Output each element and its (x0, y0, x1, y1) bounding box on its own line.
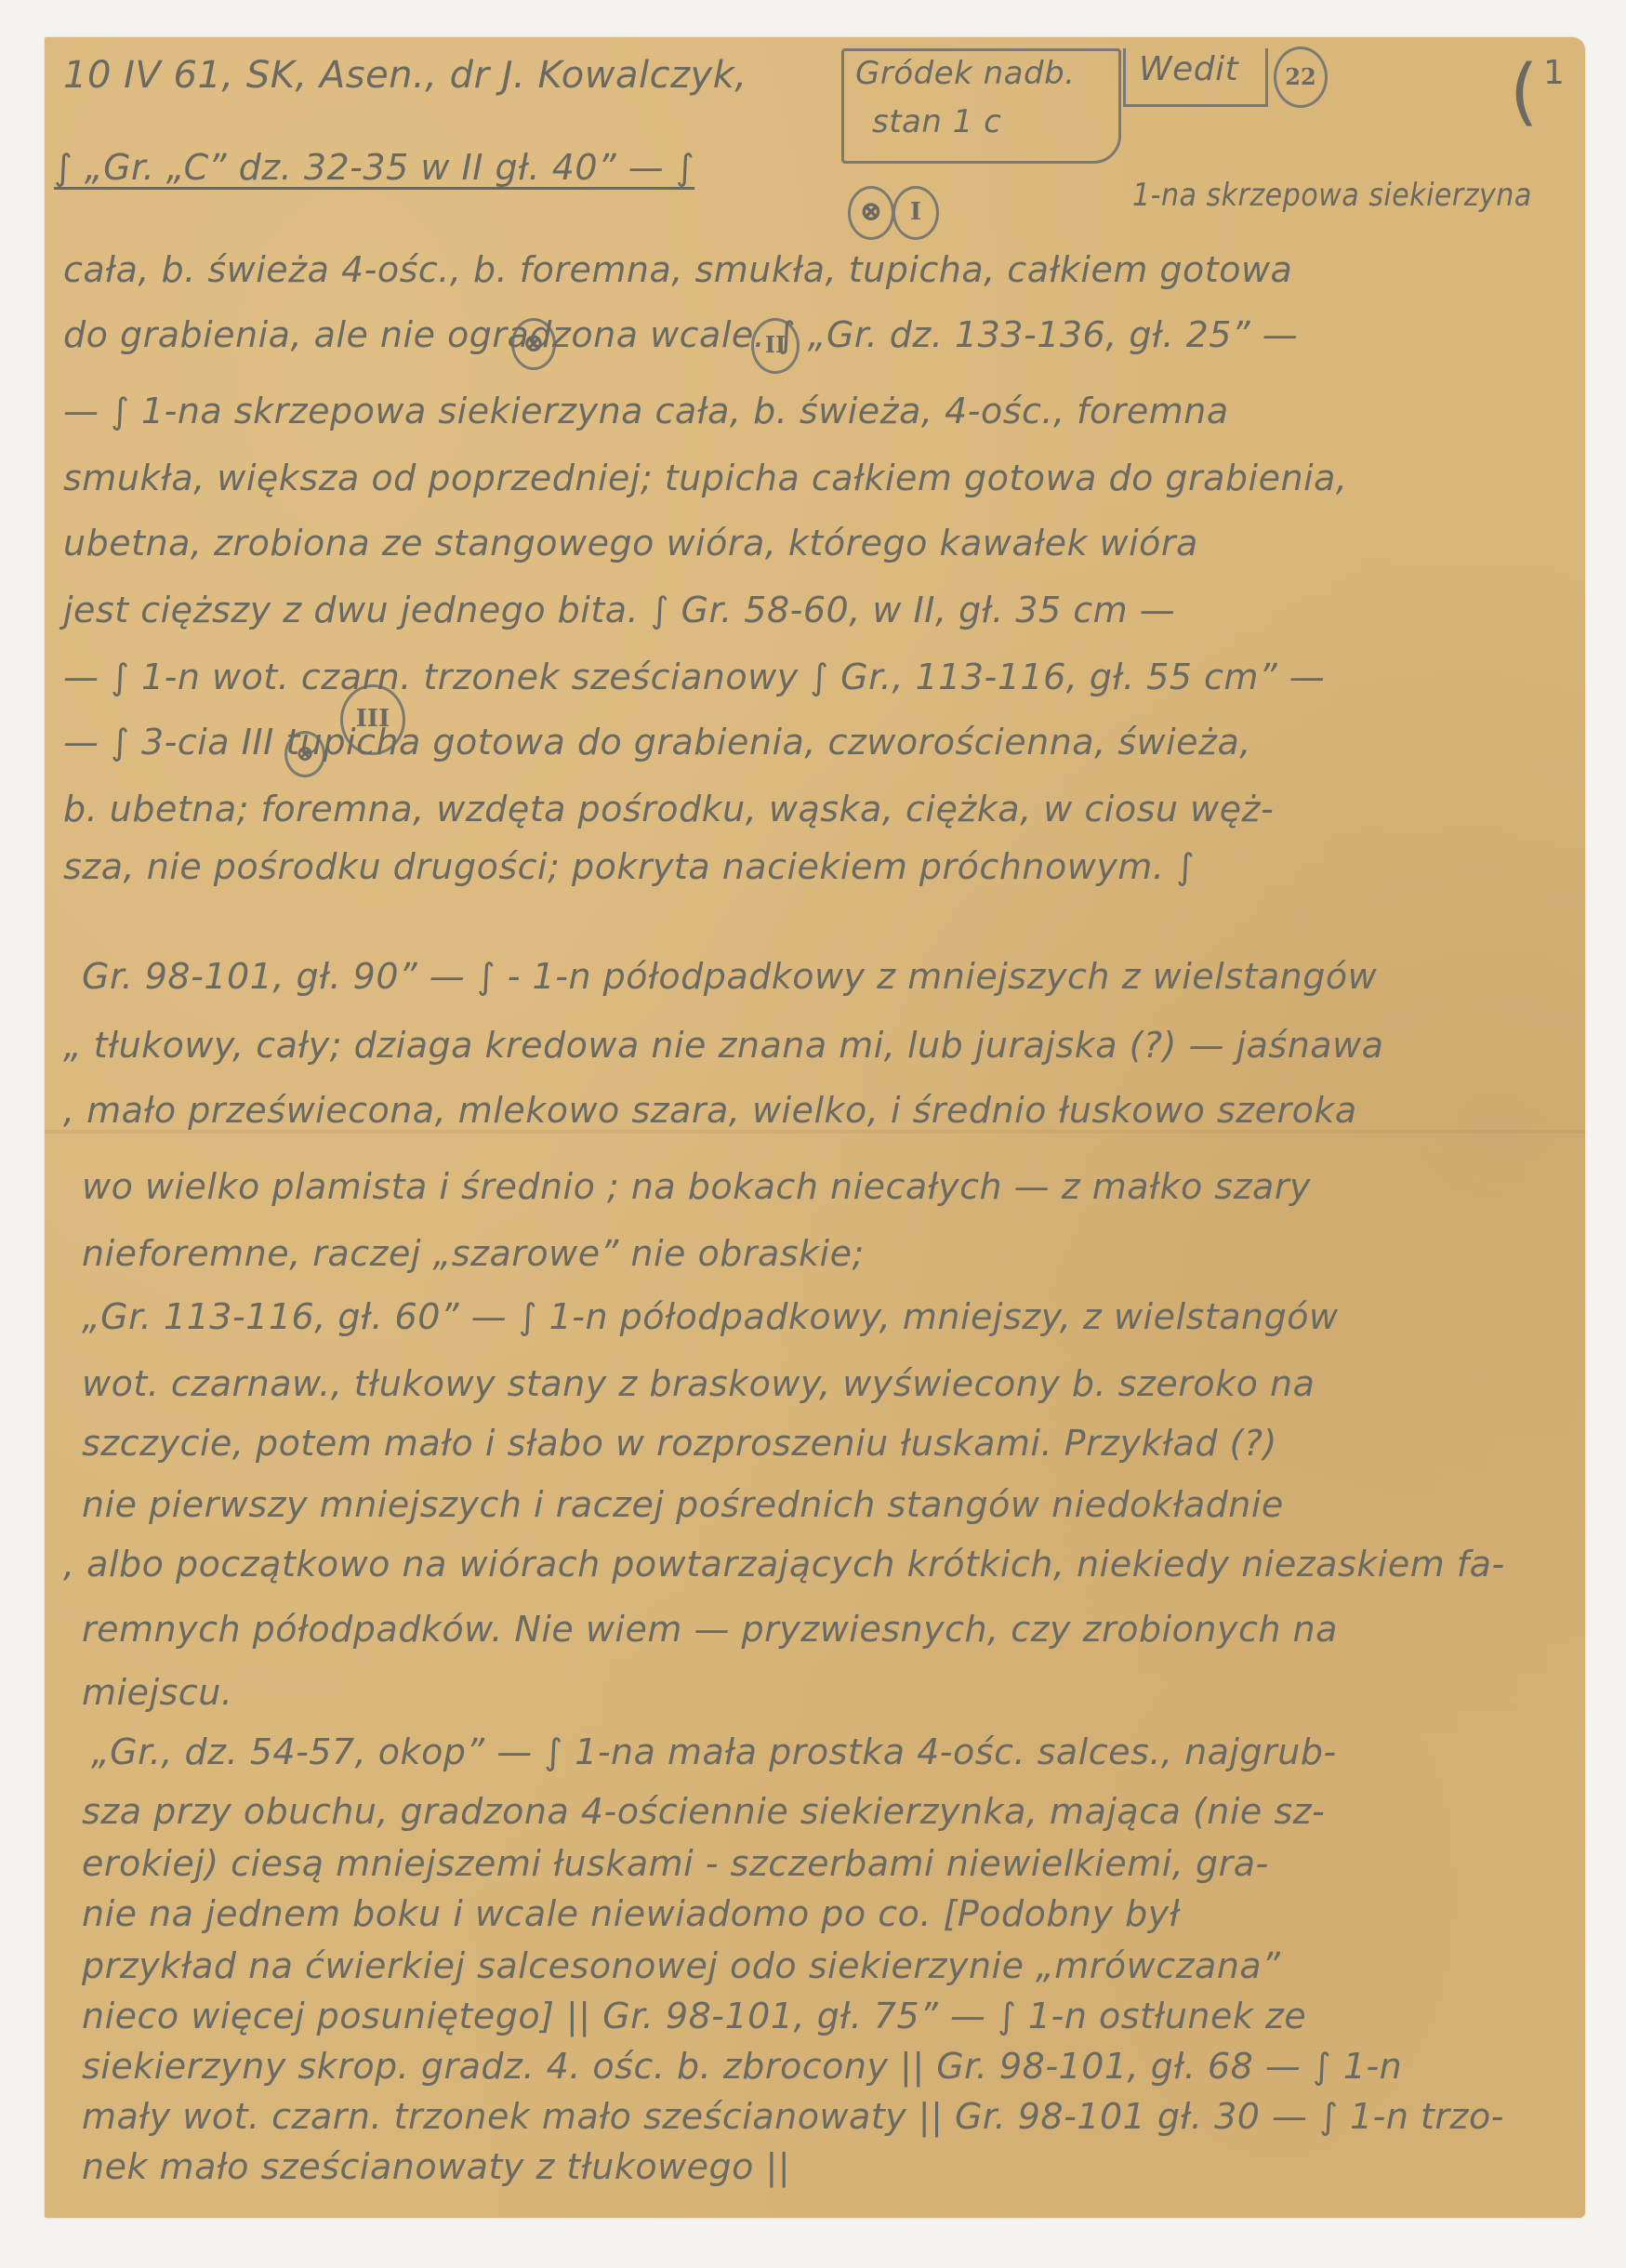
text-line: nieforemne, raczej „szarowe” nie obraski… (82, 1233, 865, 1274)
site-box: Gródek nadb. stan 1 c (841, 48, 1121, 164)
header-date-people: 10 IV 61, SK, Asen., dr J. Kowalczyk, (63, 54, 747, 97)
text-line: „ tłukowy, cały; dziaga kredowa nie znan… (63, 1025, 1383, 1066)
text-line: do grabienia, ale nie ogradzona wcale. ∫… (63, 314, 1298, 355)
text-line: wot. czarnaw., tłukowy stany z braskowy,… (82, 1363, 1315, 1404)
text-line: remnych półodpadków. Nie wiem — pryzwies… (82, 1609, 1338, 1650)
text-line: nieco więcej posuniętego] || Gr. 98-101,… (82, 1996, 1306, 2036)
page-bracket: ( (1510, 56, 1538, 128)
text-line: „Gr. 113-116, gł. 60” — ∫ 1-n półodpadko… (82, 1296, 1339, 1337)
document-page: 10 IV 61, SK, Asen., dr J. Kowalczyk, Gr… (45, 37, 1585, 2218)
text-line: wo wielko plamista i średnio ; na bokach… (82, 1166, 1311, 1207)
text-line: nie na jednem boku i wcale niewiadomo po… (82, 1893, 1180, 1934)
text-line: cała, b. świeża 4-ośc., b. foremna, smuk… (63, 249, 1292, 290)
text-line: ubetna, zrobiona ze stangowego wióra, kt… (63, 523, 1198, 564)
text-line: , mało przeświecona, mlekowo szara, wiel… (63, 1090, 1357, 1131)
text-line: nie pierwszy mniejszych i raczej pośredn… (82, 1484, 1284, 1525)
text-line: szczycie, potem mało i słabo w rozprosze… (82, 1423, 1277, 1464)
text-line: b. ubetna; foremna, wzdęta pośrodku, wąs… (63, 789, 1274, 829)
circle-roman-I: I (892, 186, 939, 240)
site-box-text-line2: stan 1 c (872, 103, 1001, 140)
text-line: mały wot. czarn. trzonek mało sześcianow… (82, 2096, 1504, 2137)
text-line: ∫ „Gr. „C” dz. 32-35 w II gł. 40” — ∫ (54, 147, 694, 188)
text-line: sza przy obuchu, gradzona 4-ościennie si… (82, 1791, 1325, 1832)
text-line: miejscu. (82, 1672, 232, 1713)
text-line: sza, nie pośrodku drugości; pokryta naci… (63, 846, 1195, 887)
page-number: 1 (1543, 54, 1565, 92)
text-line: przykład na ćwierkiej salcesonowej odo s… (82, 1945, 1280, 1986)
text-line: 1-na skrzepowa siekierzyna (1132, 177, 1532, 214)
site-box-text: Gródek nadb. (855, 55, 1075, 92)
circle-x-annotation: ⊗ (848, 186, 894, 240)
text-line: nek mało sześcianowaty z tłukowego || (82, 2146, 790, 2187)
tag-box-text: Wedit (1139, 50, 1238, 88)
text-line: jest cięższy z dwu jednego bita. ∫ Gr. 5… (63, 590, 1175, 630)
text-line: , albo początkowo na wiórach powtarzając… (63, 1544, 1505, 1585)
text-line: siekierzyny skrop. gradz. 4. ośc. b. zbr… (82, 2046, 1402, 2087)
text-line: — ∫ 1-n wot. czarn. trzonek sześcianowy … (63, 657, 1325, 697)
circled-number: 22 (1274, 46, 1328, 108)
text-line: — ∫ 3-cia III tupicha gotowa do grabieni… (63, 722, 1251, 763)
text-line: — ∫ 1-na skrzepowa siekierzyna cała, b. … (63, 391, 1229, 431)
text-line: smukła, większa od poprzedniej; tupicha … (63, 458, 1348, 498)
text-line: „Gr., dz. 54-57, okop” — ∫ 1-na mała pro… (91, 1731, 1337, 1772)
tag-box: Wedit (1123, 48, 1268, 107)
text-line: Gr. 98-101, gł. 90” — ∫ - 1-n półodpadko… (82, 956, 1377, 997)
text-line: erokiej) ciesą mniejszemi łuskami - szcz… (82, 1843, 1269, 1884)
